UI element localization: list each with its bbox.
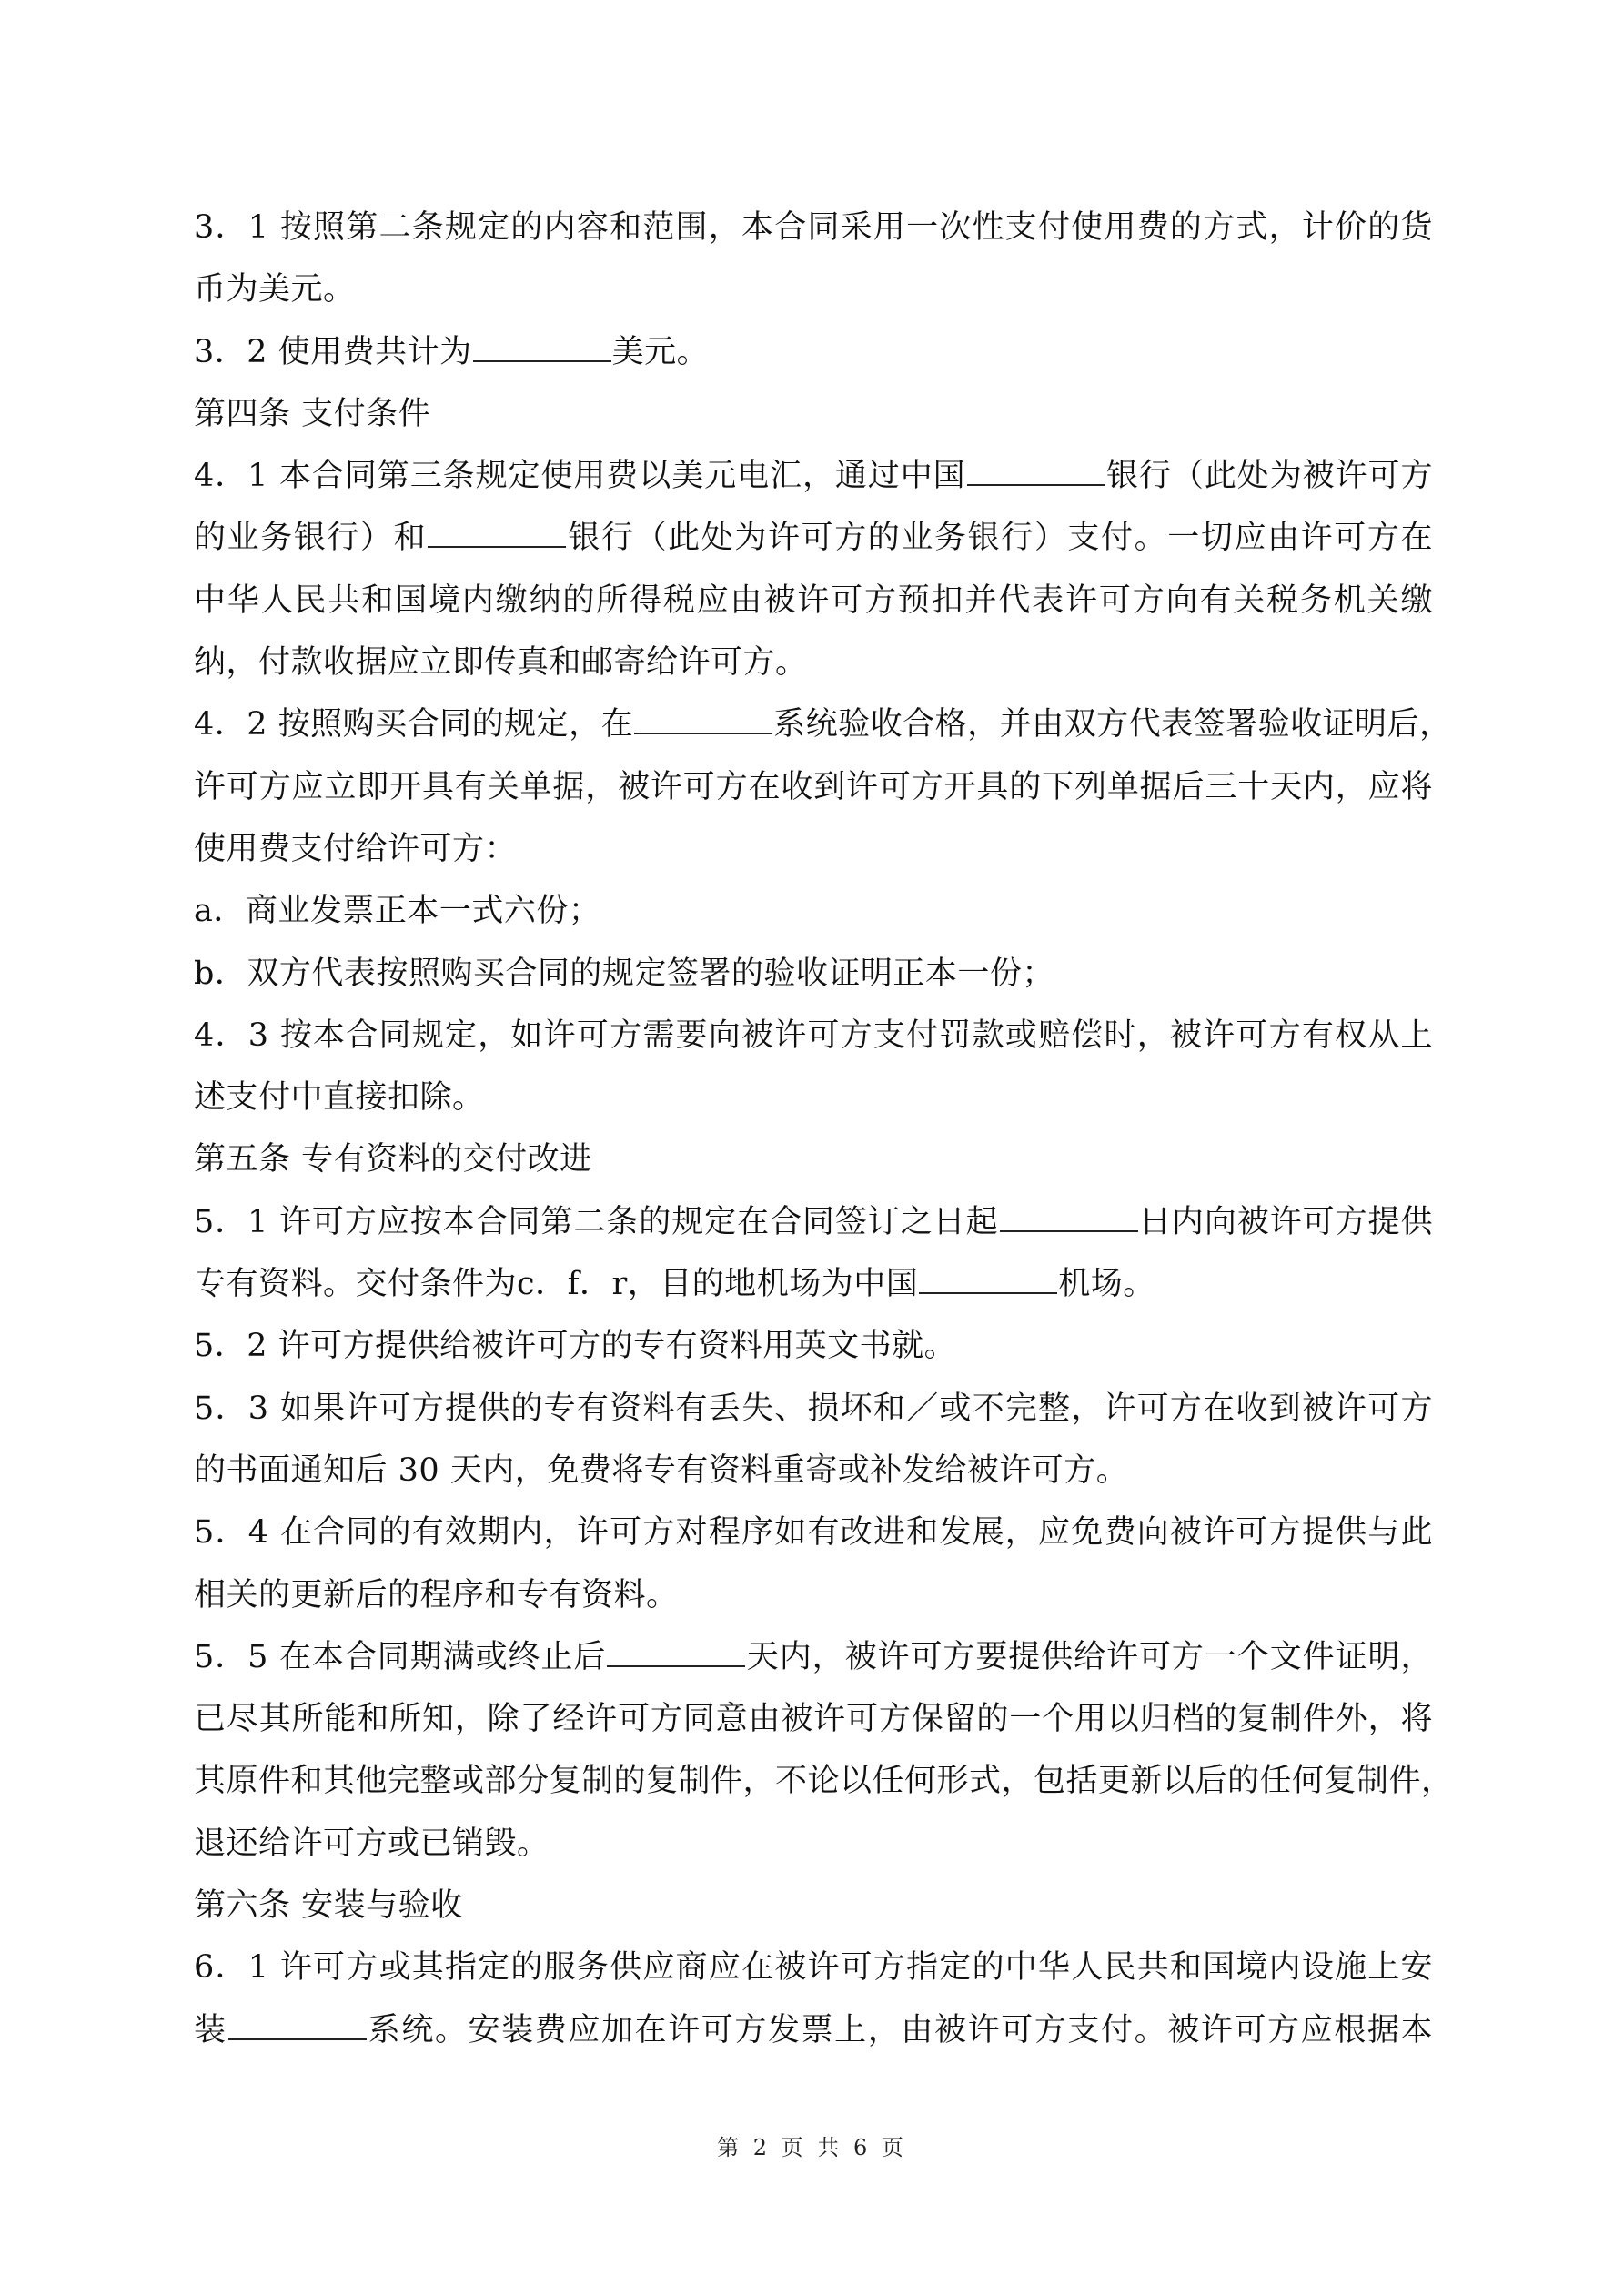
fill-in-blank [607, 1638, 745, 1667]
text-segment: 使用费支付给许可方： [194, 831, 517, 867]
text-line: 相关的更新后的程序和专有资料。 [194, 1564, 1433, 1626]
text-segment: 5．3 如果许可方提供的专有资料有丢失、损坏和／或不完整，许可方在收到被许可方 [194, 1391, 1433, 1427]
text-segment: 5．5 在本合同期满或终止后 [194, 1639, 606, 1675]
text-line: 退还给许可方或已销毁。 [194, 1813, 1433, 1875]
text-segment: 中华人民共和国境内缴纳的所得税应由被许可方预扣并代表许可方向有关税务机关缴 [194, 582, 1433, 619]
text-segment: 已尽其所能和所知，除了经许可方同意由被许可方保留的一个用以归档的复制件外，将 [194, 1701, 1433, 1737]
text-line: 5．4 在合同的有效期内，许可方对程序如有改进和发展，应免费向被许可方提供与此 [194, 1502, 1433, 1563]
text-line: 述支付中直接扣除。 [194, 1067, 1433, 1128]
text-line: 4．2 按照购买合同的规定，在系统验收合格，并由双方代表签署验收证明后， [194, 693, 1433, 755]
text-segment: 5．4 在合同的有效期内，许可方对程序如有改进和发展，应免费向被许可方提供与此 [194, 1514, 1433, 1551]
text-line: 4．1 本合同第三条规定使用费以美元电汇，通过中国银行（此处为被许可方 [194, 445, 1433, 507]
text-line: 许可方应立即开具有关单据，被许可方在收到许可方开具的下列单据后三十天内，应将 [194, 756, 1433, 818]
text-segment: 4．1 本合同第三条规定使用费以美元电汇，通过中国 [194, 458, 966, 494]
text-segment: 银行（此处为许可方的业务银行）支付。一切应由许可方在 [567, 520, 1433, 556]
text-line: 中华人民共和国境内缴纳的所得税应由被许可方预扣并代表许可方向有关税务机关缴 [194, 570, 1433, 632]
fill-in-blank [473, 333, 611, 362]
text-segment: 3．2 使用费共计为 [194, 334, 472, 370]
text-segment: 退还给许可方或已销毁。 [194, 1826, 550, 1862]
text-segment: b．双方代表按照购买合同的规定签署的验收证明正本一份； [194, 956, 1054, 992]
text-segment: 第六条 安装与验收 [194, 1887, 463, 1924]
text-segment: 第五条 专有资料的交付改进 [194, 1141, 592, 1178]
text-line: a．商业发票正本一式六份； [194, 880, 1433, 942]
text-line: 币为美元。 [194, 258, 1433, 320]
fill-in-blank [428, 519, 566, 548]
document-page: 3．1 按照第二条规定的内容和范围，本合同采用一次性支付使用费的方式，计价的货币… [0, 0, 1624, 2296]
text-segment: 3．1 按照第二条规定的内容和范围，本合同采用一次性支付使用费的方式，计价的货 [194, 209, 1433, 246]
text-line: 第四条 支付条件 [194, 383, 1433, 445]
text-segment: 5．1 许可方应按本合同第二条的规定在合同签订之日起 [194, 1204, 999, 1240]
text-segment: 相关的更新后的程序和专有资料。 [194, 1577, 679, 1613]
text-line: 3．2 使用费共计为美元。 [194, 321, 1433, 383]
text-segment: 日内向被许可方提供 [1139, 1204, 1433, 1240]
text-segment: 银行（此处为被许可方 [1106, 458, 1433, 494]
text-line: 使用费支付给许可方： [194, 818, 1433, 880]
text-line: 的书面通知后 30 天内，免费将专有资料重寄或补发给被许可方。 [194, 1440, 1433, 1502]
text-line: b．双方代表按照购买合同的规定签署的验收证明正本一份； [194, 943, 1433, 1005]
text-line: 5．2 许可方提供给被许可方的专有资料用英文书就。 [194, 1315, 1433, 1377]
page-footer: 第 2 页 共 6 页 [0, 2129, 1624, 2161]
text-segment: 专有资料。交付条件为c．f．r，目的地机场为中国 [194, 1266, 918, 1302]
fill-in-blank [1000, 1203, 1138, 1232]
text-line: 纳，付款收据应立即传真和邮寄给许可方。 [194, 632, 1433, 693]
fill-in-blank [634, 705, 772, 734]
text-segment: 其原件和其他完整或部分复制的复制件，不论以任何形式，包括更新以后的任何复制件， [194, 1763, 1454, 1799]
text-line: 5．3 如果许可方提供的专有资料有丢失、损坏和／或不完整，许可方在收到被许可方 [194, 1378, 1433, 1440]
text-line: 4．3 按本合同规定，如许可方需要向被许可方支付罚款或赔偿时，被许可方有权从上 [194, 1005, 1433, 1067]
text-segment: 6．1 许可方或其指定的服务供应商应在被许可方指定的中华人民共和国境内设施上安 [194, 1949, 1433, 1986]
text-line: 5．1 许可方应按本合同第二条的规定在合同签订之日起日内向被许可方提供 [194, 1191, 1433, 1253]
fill-in-blank [967, 457, 1105, 486]
text-line: 装系统。安装费应加在许可方发票上，由被许可方支付。被许可方应根据本 [194, 1999, 1433, 2061]
text-segment: 的书面通知后 30 天内，免费将专有资料重寄或补发给被许可方。 [194, 1452, 1128, 1489]
text-line: 5．5 在本合同期满或终止后天内，被许可方要提供给许可方一个文件证明， [194, 1626, 1433, 1688]
text-segment: 的业务银行）和 [194, 520, 427, 556]
text-segment: 美元。 [612, 334, 710, 370]
text-line: 第六条 安装与验收 [194, 1875, 1433, 1937]
text-segment: 系统。安装费应加在许可方发票上，由被许可方支付。被许可方应根据本 [368, 2012, 1433, 2048]
document-body: 3．1 按照第二条规定的内容和范围，本合同采用一次性支付使用费的方式，计价的货币… [194, 197, 1433, 2061]
text-segment: 第四条 支付条件 [194, 396, 430, 432]
text-segment: 许可方应立即开具有关单据，被许可方在收到许可方开具的下列单据后三十天内，应将 [194, 769, 1433, 805]
text-segment: a．商业发票正本一式六份； [194, 893, 600, 929]
text-segment: 4．2 按照购买合同的规定，在 [194, 706, 633, 743]
text-segment: 天内，被许可方要提供给许可方一个文件证明， [746, 1639, 1433, 1675]
text-segment: 系统验收合格，并由双方代表签署验收证明后， [773, 706, 1452, 743]
text-line: 已尽其所能和所知，除了经许可方同意由被许可方保留的一个用以归档的复制件外，将 [194, 1688, 1433, 1750]
fill-in-blank [919, 1265, 1057, 1294]
text-segment: 装 [194, 2012, 227, 2048]
text-segment: 述支付中直接扣除。 [194, 1079, 485, 1116]
text-segment: 4．3 按本合同规定，如许可方需要向被许可方支付罚款或赔偿时，被许可方有权从上 [194, 1017, 1433, 1054]
text-line: 的业务银行）和银行（此处为许可方的业务银行）支付。一切应由许可方在 [194, 507, 1433, 569]
text-line: 第五条 专有资料的交付改进 [194, 1128, 1433, 1190]
text-segment: 币为美元。 [194, 271, 356, 308]
text-segment: 5．2 许可方提供给被许可方的专有资料用英文书就。 [194, 1328, 956, 1364]
text-line: 其原件和其他完整或部分复制的复制件，不论以任何形式，包括更新以后的任何复制件， [194, 1750, 1433, 1812]
text-line: 6．1 许可方或其指定的服务供应商应在被许可方指定的中华人民共和国境内设施上安 [194, 1937, 1433, 1998]
text-line: 3．1 按照第二条规定的内容和范围，本合同采用一次性支付使用费的方式，计价的货 [194, 197, 1433, 258]
fill-in-blank [228, 2011, 367, 2040]
text-line: 专有资料。交付条件为c．f．r，目的地机场为中国机场。 [194, 1253, 1433, 1315]
text-segment: 纳，付款收据应立即传真和邮寄给许可方。 [194, 644, 808, 681]
text-segment: 机场。 [1058, 1266, 1155, 1302]
